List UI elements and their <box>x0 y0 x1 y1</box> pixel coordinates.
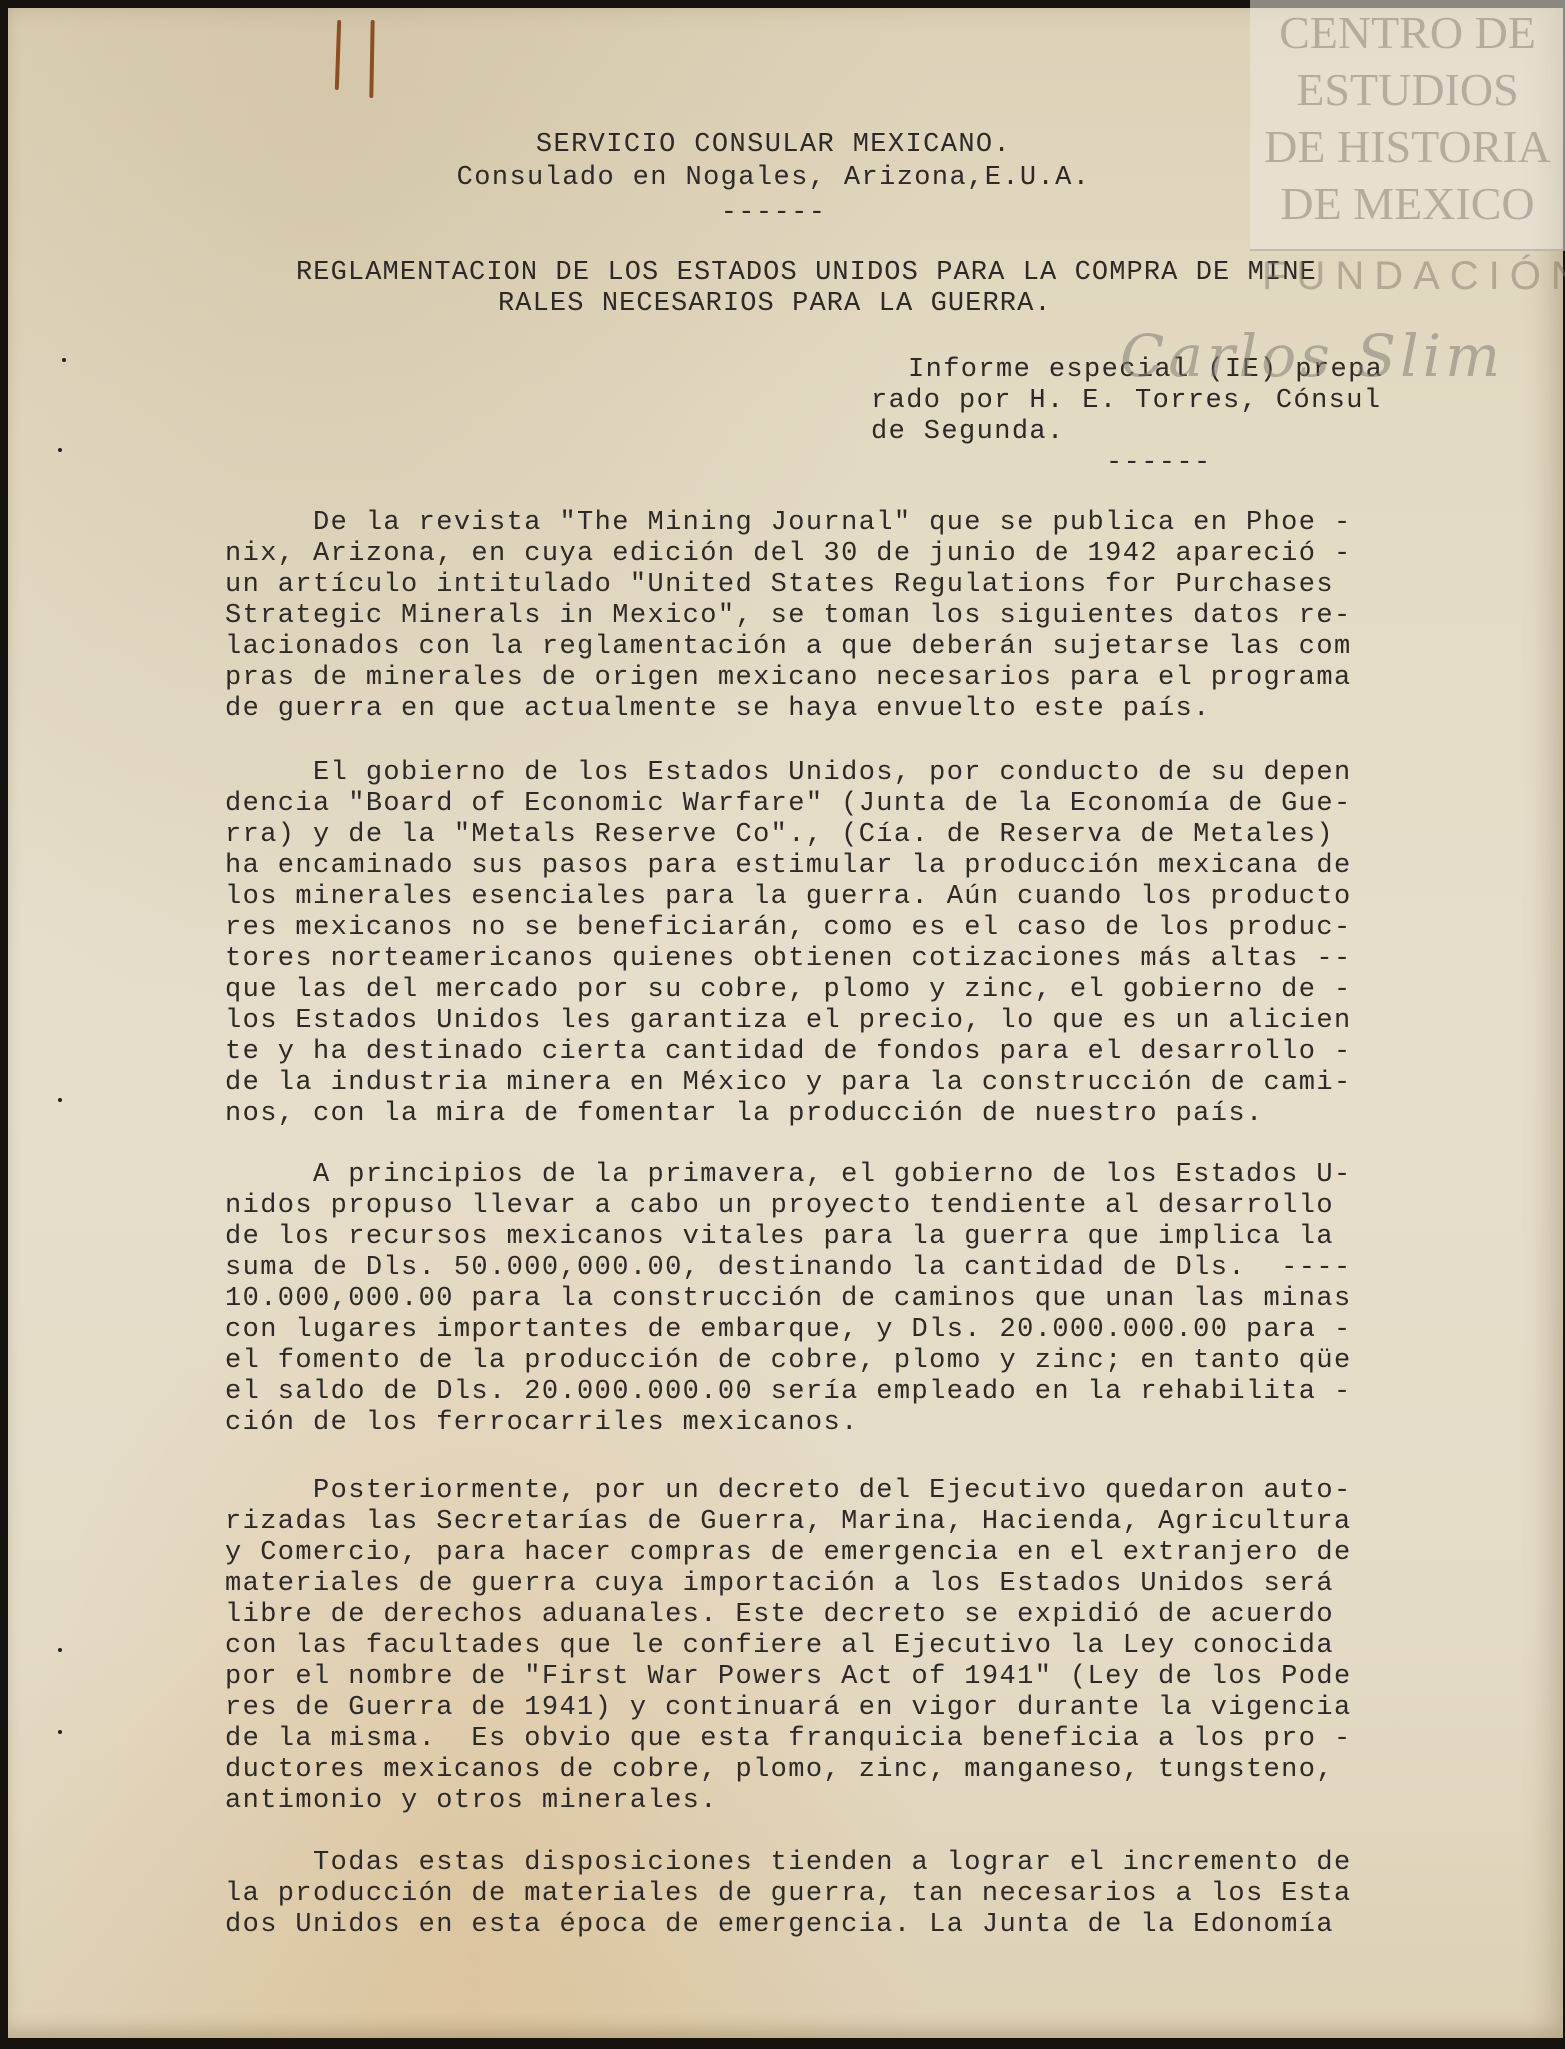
paragraph-line: de la misma. Es obvio que esta franquici… <box>225 1724 1352 1755</box>
archive-watermark: CENTRO DE ESTUDIOS DE HISTORIA DE MEXICO <box>1250 0 1565 251</box>
paragraph-line: la producción de materiales de guerra, t… <box>225 1879 1352 1910</box>
paragraph-line: res mexicanos no se beneficiarán, como e… <box>225 913 1352 944</box>
paragraph-line: antimonio y otros minerales. <box>225 1786 718 1817</box>
paragraph-line: tores norteamericanos quienes obtienen c… <box>225 944 1352 975</box>
pen-mark <box>369 20 374 98</box>
document-page: SERVICIO CONSULAR MEXICANO. Consulado en… <box>8 8 1563 2038</box>
document-title-line-2: RALES NECESARIOS PARA LA GUERRA. <box>498 289 1052 320</box>
paragraph-line: Todas estas disposiciones tienden a logr… <box>225 1848 1352 1879</box>
paragraph-line: y Comercio, para hacer compras de emerge… <box>225 1538 1352 1569</box>
paragraph-line: suma de Dls. 50.000,000.00, destinando l… <box>225 1253 1352 1284</box>
paragraph-line: pras de minerales de origen mexicano nec… <box>225 663 1352 694</box>
paragraph-line: nix, Arizona, en cuya edición del 30 de … <box>225 539 1352 570</box>
paragraph-line: materiales de guerra cuya importación a … <box>225 1569 1334 1600</box>
paragraph-line: res de Guerra de 1941) y continuará en v… <box>225 1693 1352 1724</box>
paragraph-line: de los recursos mexicanos vitales para l… <box>225 1222 1334 1253</box>
paragraph-line: te y ha destinado cierta cantidad de fon… <box>225 1037 1352 1068</box>
paragraph-line: El gobierno de los Estados Unidos, por c… <box>225 758 1352 789</box>
paragraph-line: De la revista "The Mining Journal" que s… <box>225 508 1352 539</box>
paragraph-line: ha encaminado sus pasos para estimular l… <box>225 851 1352 882</box>
paragraph-line: rizadas las Secretarías de Guerra, Marin… <box>225 1507 1352 1538</box>
watermark-line: CENTRO DE <box>1250 4 1565 61</box>
paragraph-line: nos, con la mira de fomentar la producci… <box>225 1099 1264 1130</box>
watermark-line: DE HISTORIA <box>1250 118 1565 175</box>
watermark-line: DE MEXICO <box>1250 175 1565 232</box>
margin-dot <box>58 1648 62 1652</box>
byline-line-3: de Segunda. <box>871 417 1065 448</box>
paragraph-line: A principios de la primavera, el gobiern… <box>225 1160 1352 1191</box>
margin-dot <box>58 448 62 452</box>
paragraph-line: por el nombre de "First War Powers Act o… <box>225 1662 1352 1693</box>
paragraph-line: de la industria minera en México y para … <box>225 1068 1352 1099</box>
paragraph-line: ductores mexicanos de cobre, plomo, zinc… <box>225 1755 1334 1786</box>
paragraph-line: de guerra en que actualmente se haya env… <box>225 694 1211 725</box>
paragraph-line: Posteriormente, por un decreto del Ejecu… <box>225 1476 1352 1507</box>
paragraph-line: lacionados con la reglamentación a que d… <box>225 632 1352 663</box>
paragraph-line: Strategic Minerals in Mexico", se toman … <box>225 601 1352 632</box>
paragraph-line: ción de los ferrocarriles mexicanos. <box>225 1408 859 1439</box>
paragraph-line: el saldo de Dls. 20.000.000.00 sería emp… <box>225 1377 1352 1408</box>
margin-dot <box>62 358 66 362</box>
paragraph-line: los Estados Unidos les garantiza el prec… <box>225 1006 1352 1037</box>
document-title-line-1: REGLAMENTACION DE LOS ESTADOS UNIDOS PAR… <box>296 258 1317 289</box>
margin-dot <box>58 1098 62 1102</box>
paragraph-line: dos Unidos en esta época de emergencia. … <box>225 1910 1334 1941</box>
paragraph-line: con las facultades que le confiere al Ej… <box>225 1631 1334 1662</box>
watermark-signature: Carlos Slim <box>1120 322 1504 390</box>
paragraph-line: rra) y de la "Metals Reserve Co"., (Cía.… <box>225 820 1334 851</box>
paragraph-line: que las del mercado por su cobre, plomo … <box>225 975 1352 1006</box>
byline-line-2: rado por H. E. Torres, Cónsul <box>871 386 1381 417</box>
byline-separator: ------ <box>1106 448 1212 479</box>
paragraph-line: dencia "Board of Economic Warfare" (Junt… <box>225 789 1352 820</box>
paragraph-line: los minerales esenciales para la guerra.… <box>225 882 1352 913</box>
margin-dot <box>58 1730 62 1734</box>
watermark-line: ESTUDIOS <box>1250 61 1565 118</box>
paragraph-line: el fomento de la producción de cobre, pl… <box>225 1346 1352 1377</box>
paragraph-line: libre de derechos aduanales. Este decret… <box>225 1600 1334 1631</box>
paragraph-line: nidos propuso llevar a cabo un proyecto … <box>225 1191 1334 1222</box>
watermark-foundation: FUNDACIÓN <box>1262 254 1565 299</box>
pen-mark <box>335 20 341 90</box>
paragraph-line: con lugares importantes de embarque, y D… <box>225 1315 1352 1346</box>
paragraph-line: un artículo intitulado "United States Re… <box>225 570 1334 601</box>
paragraph-line: 10.000,000.00 para la construcción de ca… <box>225 1284 1352 1315</box>
